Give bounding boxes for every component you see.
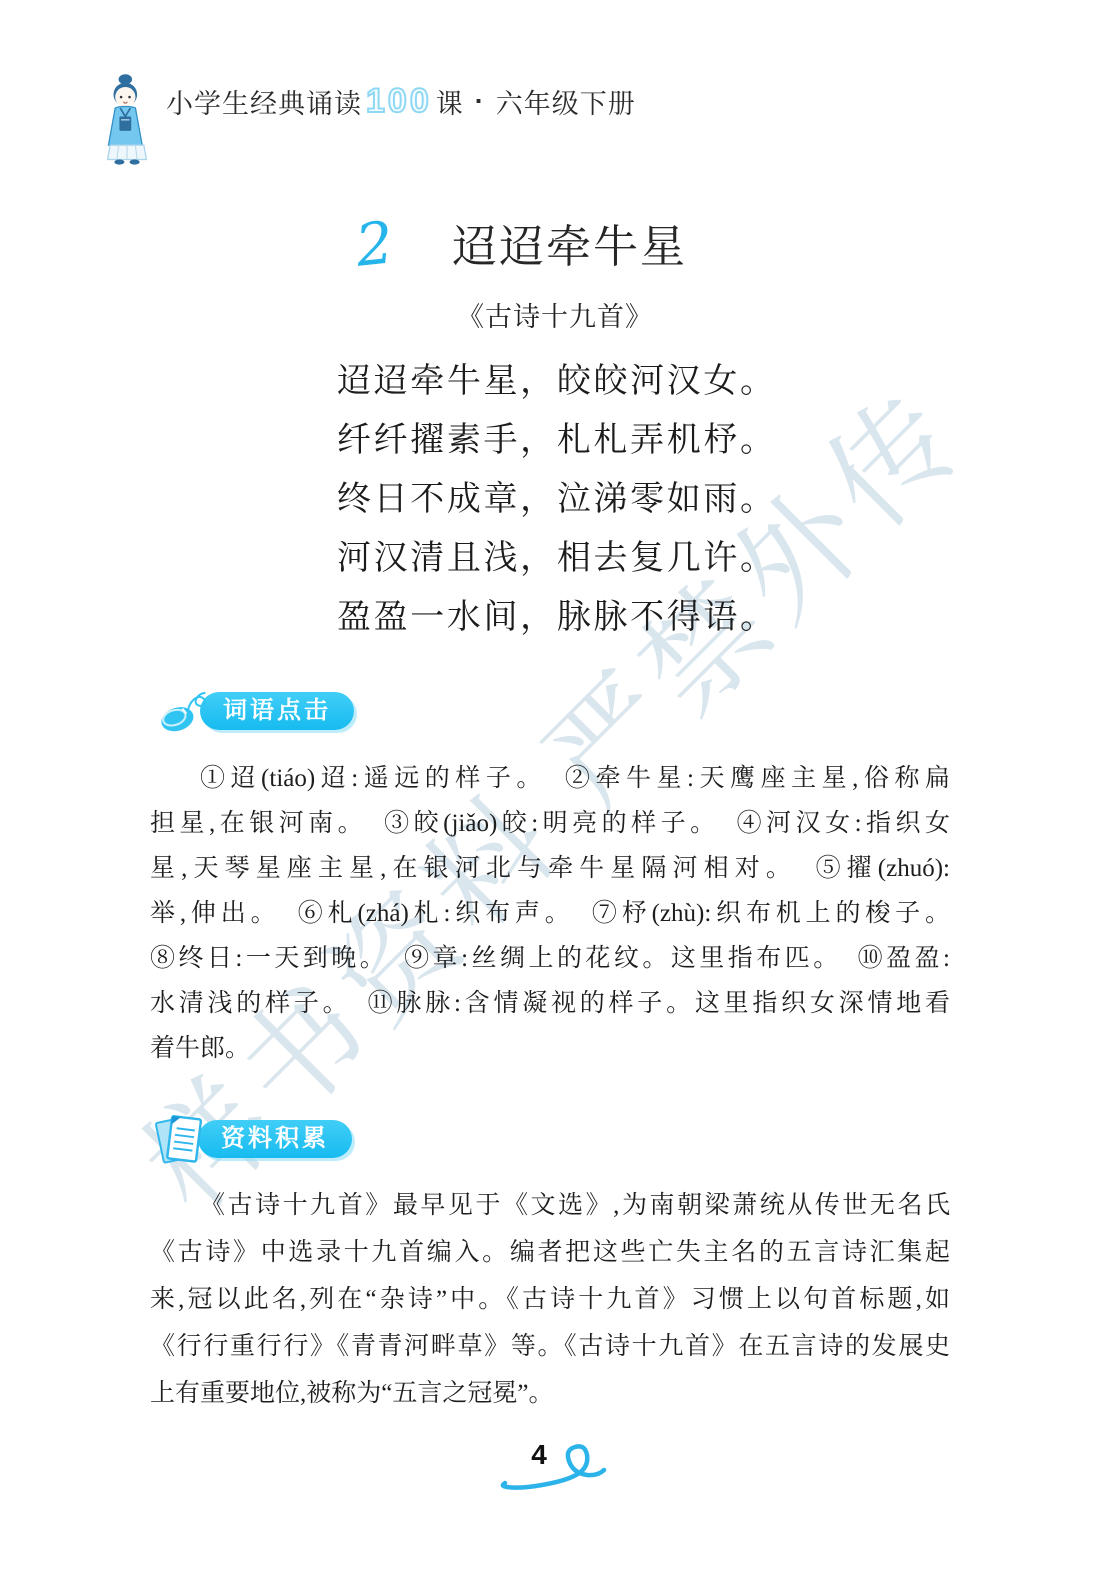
annotation-line: 水清浅的样子。 ⑪脉脉:含情凝视的样子。这里指织女深情地看: [150, 981, 950, 1026]
poem-line: 河汉清且浅，相去复几许。: [337, 529, 774, 588]
reference-line: 《古诗十九首》最早见于《文选》,为南朝梁萧统从传世无名氏: [150, 1182, 950, 1229]
book-title-suffix: 课: [436, 82, 464, 121]
book-page: 样书资料 严禁外传 小学生经典诵读 100 课 · 六年级下册: [0, 0, 1110, 1571]
annotation-line: ①迢(tiáo)迢:遥远的样子。 ②牵牛星:天鹰座主星,俗称扁: [150, 756, 950, 801]
reference-line: 上有重要地位,被称为“五言之冠冕”。: [150, 1370, 950, 1417]
book-title-number: 100: [366, 82, 432, 121]
lesson-title: 迢迢牵牛星: [452, 210, 687, 275]
reference-line: 《古诗》中选录十九首编入。编者把这些亡失主名的五言诗汇集起: [150, 1229, 950, 1276]
words-section-header: 词语点击: [158, 688, 354, 734]
mouse-icon: [158, 688, 210, 734]
annotation-line: 着牛郎。: [150, 1026, 950, 1071]
poem-source: 《古诗十九首》: [0, 295, 1110, 334]
reference-line: 来,冠以此名,列在“杂诗”中。《古诗十九首》习惯上以句首标题,如: [150, 1276, 950, 1323]
words-section-badge: 词语点击: [200, 692, 354, 730]
word-annotations: ①迢(tiáo)迢:遥远的样子。 ②牵牛星:天鹰座主星,俗称扁 担星,在银河南。…: [150, 756, 950, 1071]
poem-line: 终日不成章，泣涕零如雨。: [337, 470, 774, 529]
reference-notes: 《古诗十九首》最早见于《文选》,为南朝梁萧统从传世无名氏 《古诗》中选录十九首编…: [150, 1182, 950, 1417]
poem: 迢迢牵牛星，皎皎河汉女。 纤纤擢素手，札札弄机杼。 终日不成章，泣涕零如雨。 河…: [337, 352, 774, 647]
annotation-line: 星,天琴星座主星,在银河北与牵牛星隔河相对。 ⑤擢(zhuó):: [150, 846, 950, 891]
materials-section-badge: 资料积累: [198, 1120, 352, 1158]
lesson-number: 2: [353, 208, 397, 279]
page-number: 4: [522, 1439, 556, 1471]
book-volume: 六年级下册: [496, 82, 636, 121]
book-title-prefix: 小学生经典诵读: [166, 82, 362, 121]
poem-line: 迢迢牵牛星，皎皎河汉女。: [337, 352, 774, 411]
annotation-line: 举,伸出。 ⑥札(zhá)札:织布声。 ⑦杼(zhù):织布机上的梭子。: [150, 891, 950, 936]
scholar-mascot-icon: [100, 66, 154, 172]
book-title: 小学生经典诵读 100 课 · 六年级下册: [166, 82, 636, 121]
materials-section-header: 资料积累: [152, 1108, 352, 1170]
annotation-line: ⑧终日:一天到晚。 ⑨章:丝绸上的花纹。这里指布匹。 ⑩盈盈:: [150, 936, 950, 981]
poem-line: 纤纤擢素手，札札弄机杼。: [337, 411, 774, 470]
poem-line: 盈盈一水间，脉脉不得语。: [337, 588, 774, 647]
page-header: 小学生经典诵读 100 课 · 六年级下册: [100, 66, 636, 172]
reference-line: 《行行重行行》《青青河畔草》等。《古诗十九首》在五言诗的发展史: [150, 1323, 950, 1370]
annotation-line: 担星,在银河南。 ③皎(jiǎo)皎:明亮的样子。 ④河汉女:指织女: [150, 801, 950, 846]
documents-icon: [152, 1108, 208, 1170]
title-separator-dot: ·: [475, 86, 485, 117]
